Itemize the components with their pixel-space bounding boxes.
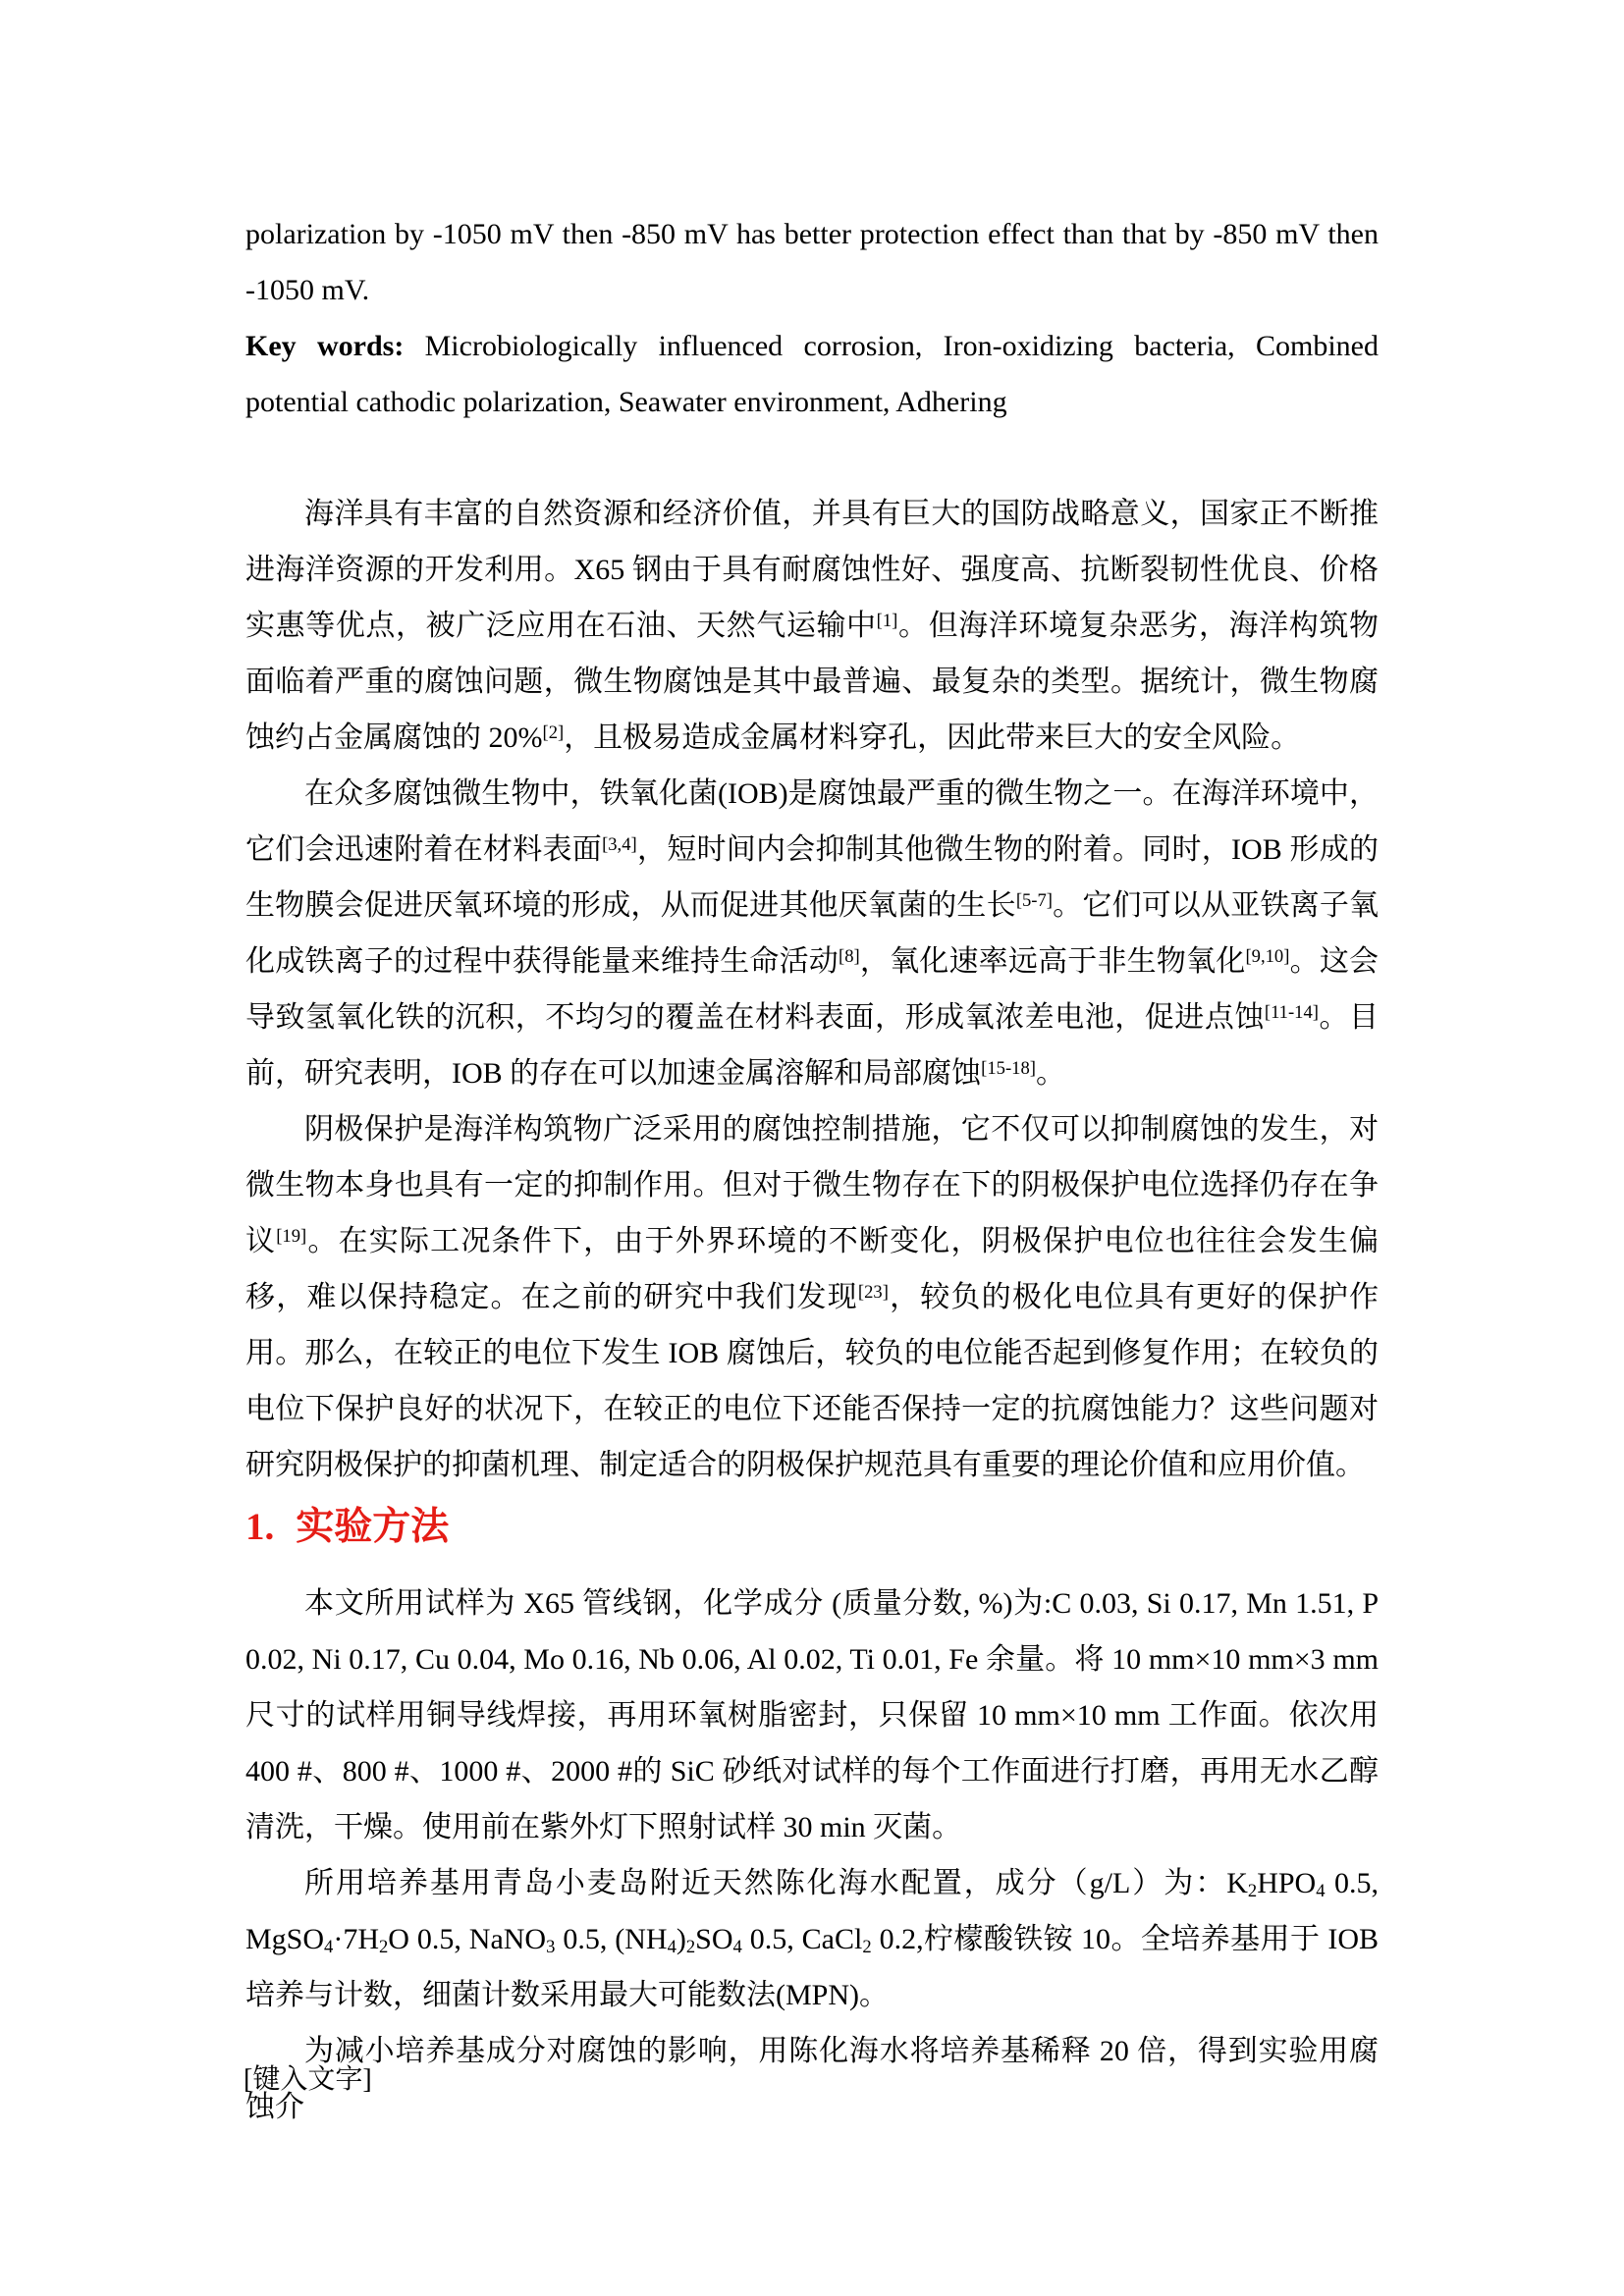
paragraph-cathodic-protection: 阴极保护是海洋构筑物广泛采用的腐蚀控制措施，它不仅可以抑制腐蚀的发生，对微生物本… [245,1101,1379,1493]
document-page: polarization by -1050 mV then -850 mV ha… [0,0,1624,2296]
section-title: 实验方法 [296,1506,449,1548]
paragraph-sample-preparation: 本文所用试样为 X65 管线钢，化学成分 (质量分数, %)为:C 0.03, … [245,1575,1379,1855]
paragraph-iron-oxidizing-bacteria: 在众多腐蚀微生物中，铁氧化菌(IOB)是腐蚀最严重的微生物之一。在海洋环境中，它… [245,766,1379,1101]
page-body: polarization by -1050 mV then -850 mV ha… [245,206,1379,2135]
paragraph-marine-background: 海洋具有丰富的自然资源和经济价值，并具有巨大的国防战略意义，国家正不断推进海洋资… [245,486,1379,766]
footer-placeholder: [键入文字] [244,2063,372,2097]
abstract-conclusion-text: polarization by -1050 mV then -850 mV ha… [245,206,1379,318]
section-number: 1. [245,1506,274,1548]
paragraph-culture-medium: 所用培养基用青岛小麦岛附近天然陈化海水配置，成分（g/L）为：K2HPO4 0.… [245,1855,1379,2023]
section-heading-experimental-methods: 1.实验方法 [245,1497,1379,1558]
keywords-line: Key words: Microbiologically influenced … [245,318,1379,430]
paragraph-medium-dilution: 为减小培养基成分对腐蚀的影响，用陈化海水将培养基稀释 20 倍，得到实验用腐蚀介 [245,2023,1379,2135]
